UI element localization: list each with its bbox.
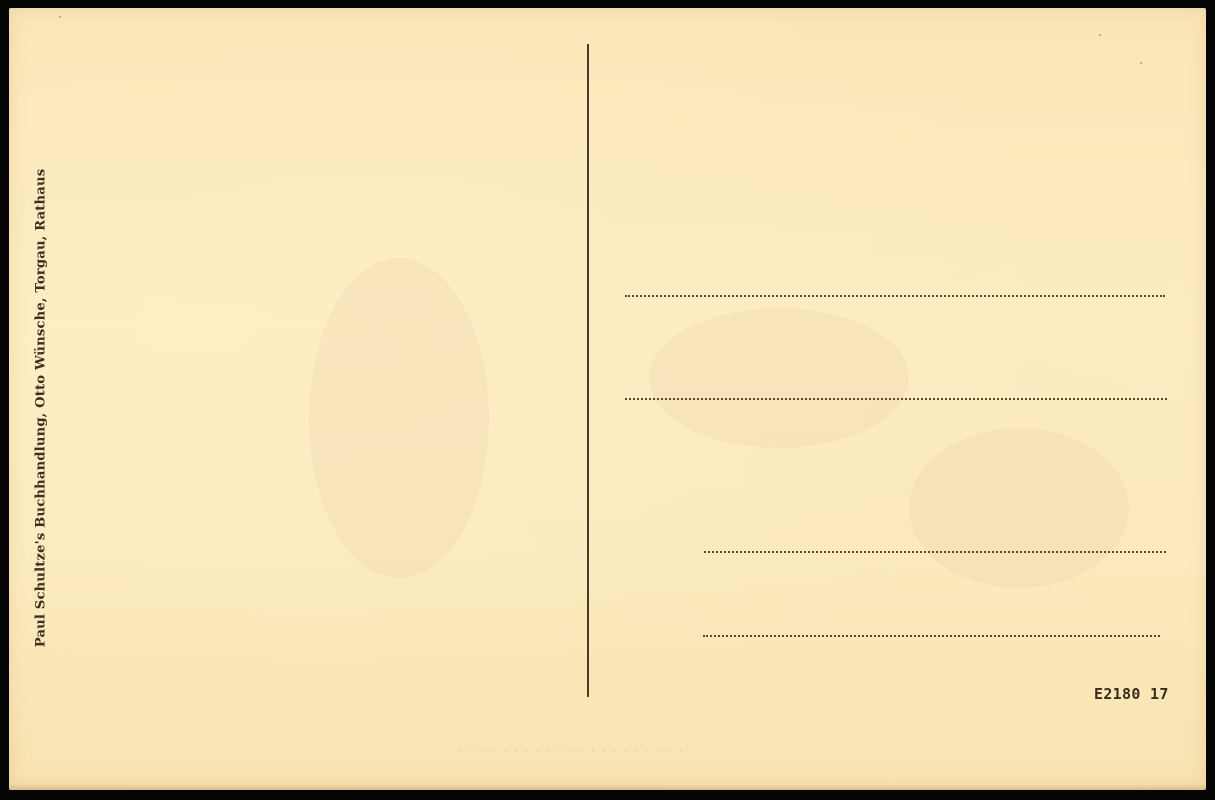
paper-stain [309, 258, 489, 578]
scan-border: Paul Schultze's Buchhandlung, Otto Wünsc… [0, 0, 1215, 800]
serial-number: E2180 17 [1094, 685, 1169, 703]
paper-speck [1140, 62, 1142, 64]
publisher-imprint: Paul Schultze's Buchhandlung, Otto Wünsc… [34, 169, 49, 648]
message-address-divider [587, 44, 589, 697]
address-line-2 [625, 398, 1167, 400]
paper-speck [59, 16, 61, 18]
address-line-3 [704, 551, 1166, 553]
paper-stain [649, 308, 909, 448]
paper-speck [1099, 34, 1101, 36]
bleedthrough-text: · · · · · · · · · · · · · · · · · · · · … [459, 745, 684, 758]
paper-stain [909, 428, 1129, 588]
address-line-4 [703, 635, 1160, 637]
address-line-1 [625, 295, 1165, 297]
